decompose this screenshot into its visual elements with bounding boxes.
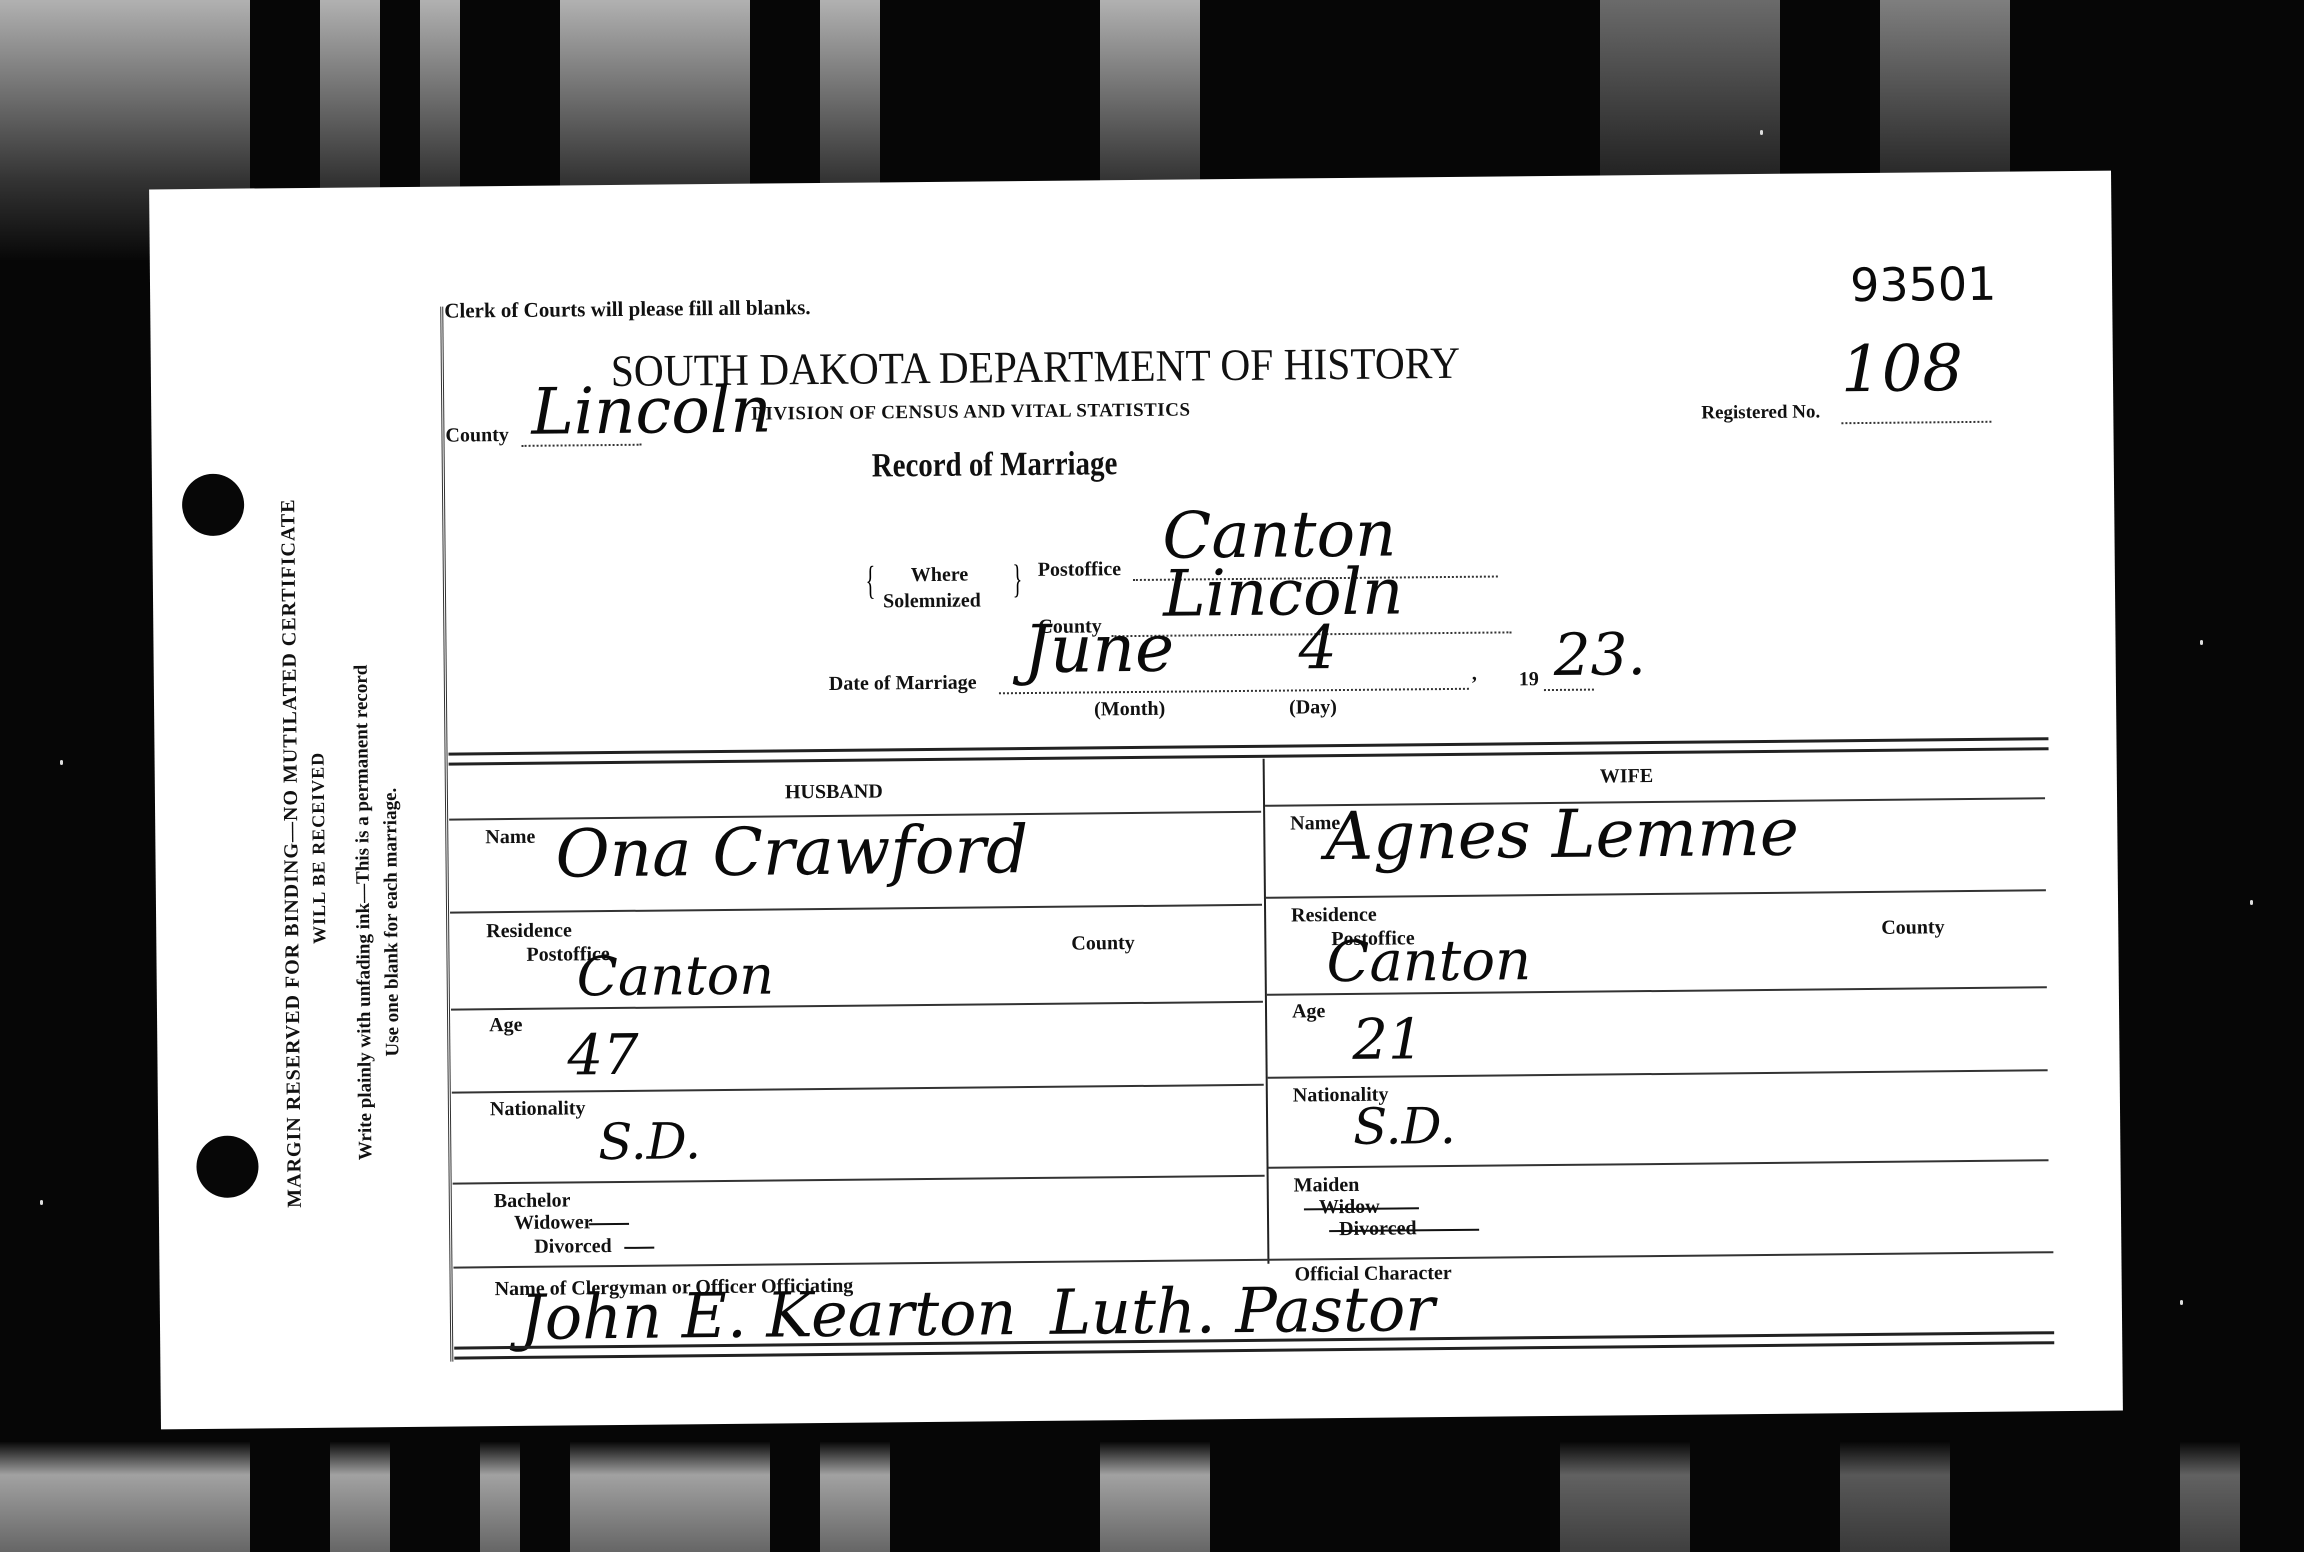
wife-nationality-value[interactable]: S.D. bbox=[1353, 1097, 1456, 1156]
solemnized-label: Solemnized bbox=[883, 589, 981, 613]
husband-name-label: Name bbox=[485, 826, 535, 849]
record-form: Clerk of Courts will please fill all bla… bbox=[440, 291, 2070, 1367]
wife-county-label: County bbox=[1881, 916, 1945, 940]
husband-age-label: Age bbox=[489, 1014, 523, 1037]
wife-heading: WIFE bbox=[1600, 765, 1654, 789]
row-rule bbox=[1269, 1159, 2049, 1168]
binding-notice-line2: WILL BE RECEIVED bbox=[305, 503, 333, 1193]
registered-label: Registered No. bbox=[1701, 401, 1820, 424]
clerk-instruction: Clerk of Courts will please fill all bla… bbox=[444, 295, 811, 324]
wife-age-label: Age bbox=[1292, 1000, 1326, 1023]
column-divider bbox=[1263, 759, 1270, 1264]
binding-notice: MARGIN RESERVED FOR BINDING—NO MUTILATED… bbox=[275, 323, 308, 1383]
division-subtitle: DIVISION OF CENSUS AND VITAL STATISTICS bbox=[751, 399, 1190, 425]
row-rule bbox=[453, 1251, 2053, 1268]
ink-notice-line2: Use one blank for each marriage. bbox=[378, 562, 407, 1282]
date-day-value[interactable]: 4 bbox=[1298, 613, 1337, 683]
ink-notice: Write plainly with unfading ink—This is … bbox=[349, 492, 379, 1332]
husband-nationality-label: Nationality bbox=[490, 1097, 586, 1121]
county-value[interactable]: Lincoln bbox=[531, 373, 772, 449]
row-rule bbox=[1266, 889, 2046, 898]
where-label: Where bbox=[911, 564, 969, 588]
section-rule bbox=[449, 737, 2049, 755]
husband-name-value[interactable]: Ona Crawford bbox=[555, 811, 1029, 893]
husband-age-value[interactable]: 47 bbox=[567, 1023, 639, 1089]
husband-nationality-value[interactable]: S.D. bbox=[598, 1112, 701, 1171]
date-label: Date of Marriage bbox=[829, 672, 977, 696]
registered-line bbox=[1841, 420, 1991, 424]
wife-age-value[interactable]: 21 bbox=[1352, 1007, 1424, 1073]
left-brace: { bbox=[865, 560, 875, 600]
row-rule bbox=[451, 1001, 1263, 1011]
date-line bbox=[999, 687, 1469, 695]
row-rule bbox=[453, 1175, 1265, 1185]
wife-name-value[interactable]: Agnes Lemme bbox=[1325, 794, 1799, 876]
date-separator: , bbox=[1472, 663, 1477, 686]
postoffice-label: Postoffice bbox=[1038, 558, 1122, 582]
husband-postoffice-value[interactable]: Canton bbox=[576, 943, 774, 1008]
date-month-value[interactable]: June bbox=[1023, 610, 1174, 688]
date-year-value[interactable]: 23. bbox=[1553, 620, 1646, 689]
husband-status-divorced[interactable]: Divorced bbox=[534, 1235, 612, 1259]
marriage-record-card: MARGIN RESERVED FOR BINDING—NO MUTILATED… bbox=[149, 171, 2123, 1430]
registered-value[interactable]: 108 bbox=[1841, 332, 1964, 407]
day-caption: (Day) bbox=[1289, 696, 1337, 719]
wife-status-maiden[interactable]: Maiden bbox=[1294, 1174, 1360, 1198]
husband-heading: HUSBAND bbox=[785, 780, 883, 804]
strike-mark bbox=[589, 1223, 629, 1225]
year-prefix: 19 bbox=[1519, 668, 1539, 691]
row-rule bbox=[450, 904, 1262, 914]
month-caption: (Month) bbox=[1094, 698, 1165, 722]
wife-residence-label: Residence bbox=[1291, 904, 1377, 928]
right-brace: } bbox=[1012, 559, 1022, 599]
husband-status-bachelor[interactable]: Bachelor bbox=[494, 1189, 571, 1213]
county-label: County bbox=[445, 424, 509, 448]
solemnized-county-value[interactable]: Lincoln bbox=[1163, 555, 1404, 631]
binder-hole bbox=[196, 1135, 259, 1198]
husband-status-widower[interactable]: Widower bbox=[514, 1211, 593, 1235]
wife-postoffice-value[interactable]: Canton bbox=[1326, 928, 1531, 995]
record-title: Record of Marriage bbox=[872, 445, 1118, 485]
husband-county-label: County bbox=[1071, 932, 1135, 956]
strike-mark bbox=[624, 1247, 654, 1249]
husband-residence-label: Residence bbox=[486, 919, 572, 943]
binder-hole bbox=[182, 474, 245, 537]
